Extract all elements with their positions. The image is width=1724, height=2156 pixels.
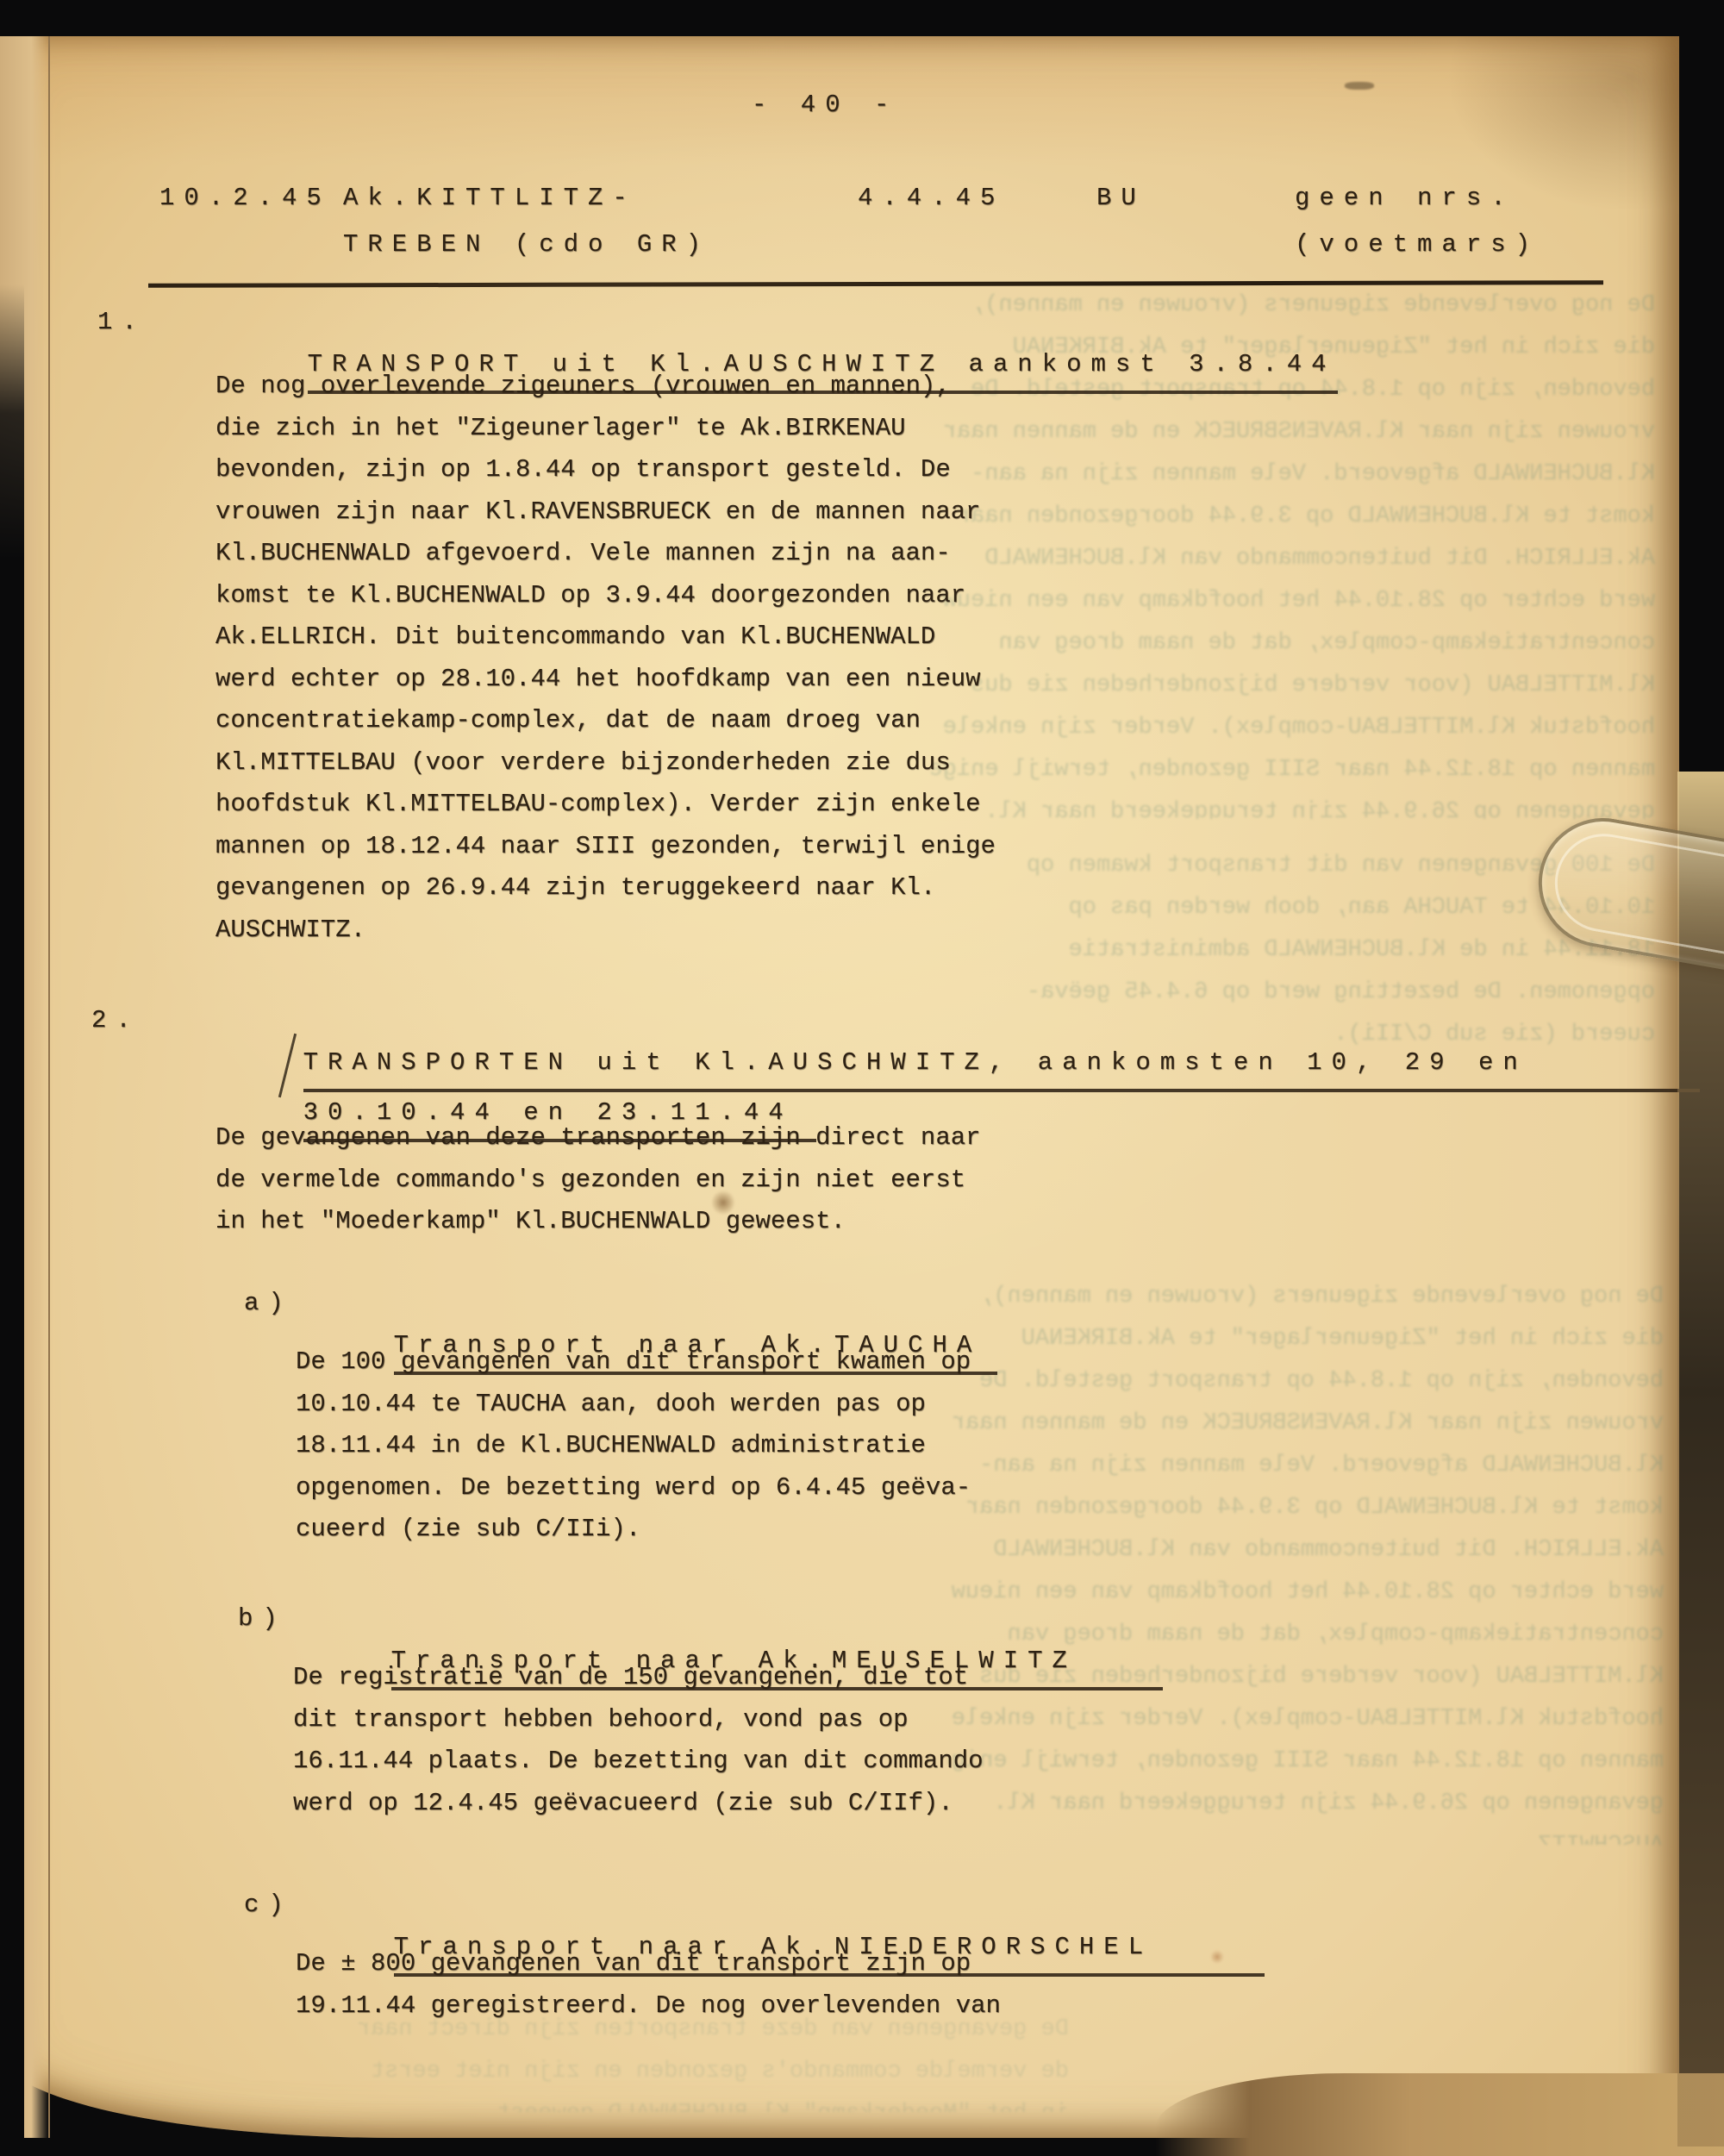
paperclip-inner-wire — [1547, 826, 1724, 958]
header-camp-name: Ak.KITTLITZ- TREBEN (cdo GR) — [343, 175, 710, 268]
paperclip — [1540, 803, 1724, 1019]
section-2-paragraph: De gevangenen van deze transporten zijn … — [215, 1117, 981, 1243]
header-date-start: 10.2.45 — [159, 175, 331, 222]
page-number: - 40 - — [752, 84, 898, 127]
pencil-speck — [1345, 82, 1374, 90]
header-numbers-note: geen nrs. (voetmars) — [1295, 175, 1540, 268]
section-2-number: 2. — [91, 1000, 141, 1042]
header-date-end: 4.4.45 — [858, 175, 1004, 222]
page-stack-corner — [1155, 2073, 1724, 2156]
subsection-c-paragraph: De ± 800 gevangenen van dit transport zi… — [296, 1943, 1001, 2027]
scanned-document: De nog overlevende zigeuners (vrouwen en… — [0, 0, 1724, 2156]
subsection-a-label: a) — [244, 1283, 293, 1325]
subsection-c-label: c) — [244, 1884, 293, 1927]
subsection-b-paragraph: De registratie van de 150 gevangenen, di… — [293, 1657, 984, 1824]
subsection-a-paragraph: De 100 gevangenen van dit transport kwam… — [296, 1341, 971, 1551]
subsection-b-label: b) — [238, 1598, 287, 1640]
bleedthrough-text: De nog overlevende zigeuners (vrouwen en… — [948, 1276, 1664, 1845]
section-1-paragraph: De nog overlevende zigeuners (vrouwen en… — [215, 366, 996, 951]
paperclip-body — [1528, 808, 1724, 973]
left-scan-edge — [0, 284, 24, 2156]
section-1-number: 1. — [97, 302, 147, 344]
header-code: BU — [1096, 175, 1146, 222]
